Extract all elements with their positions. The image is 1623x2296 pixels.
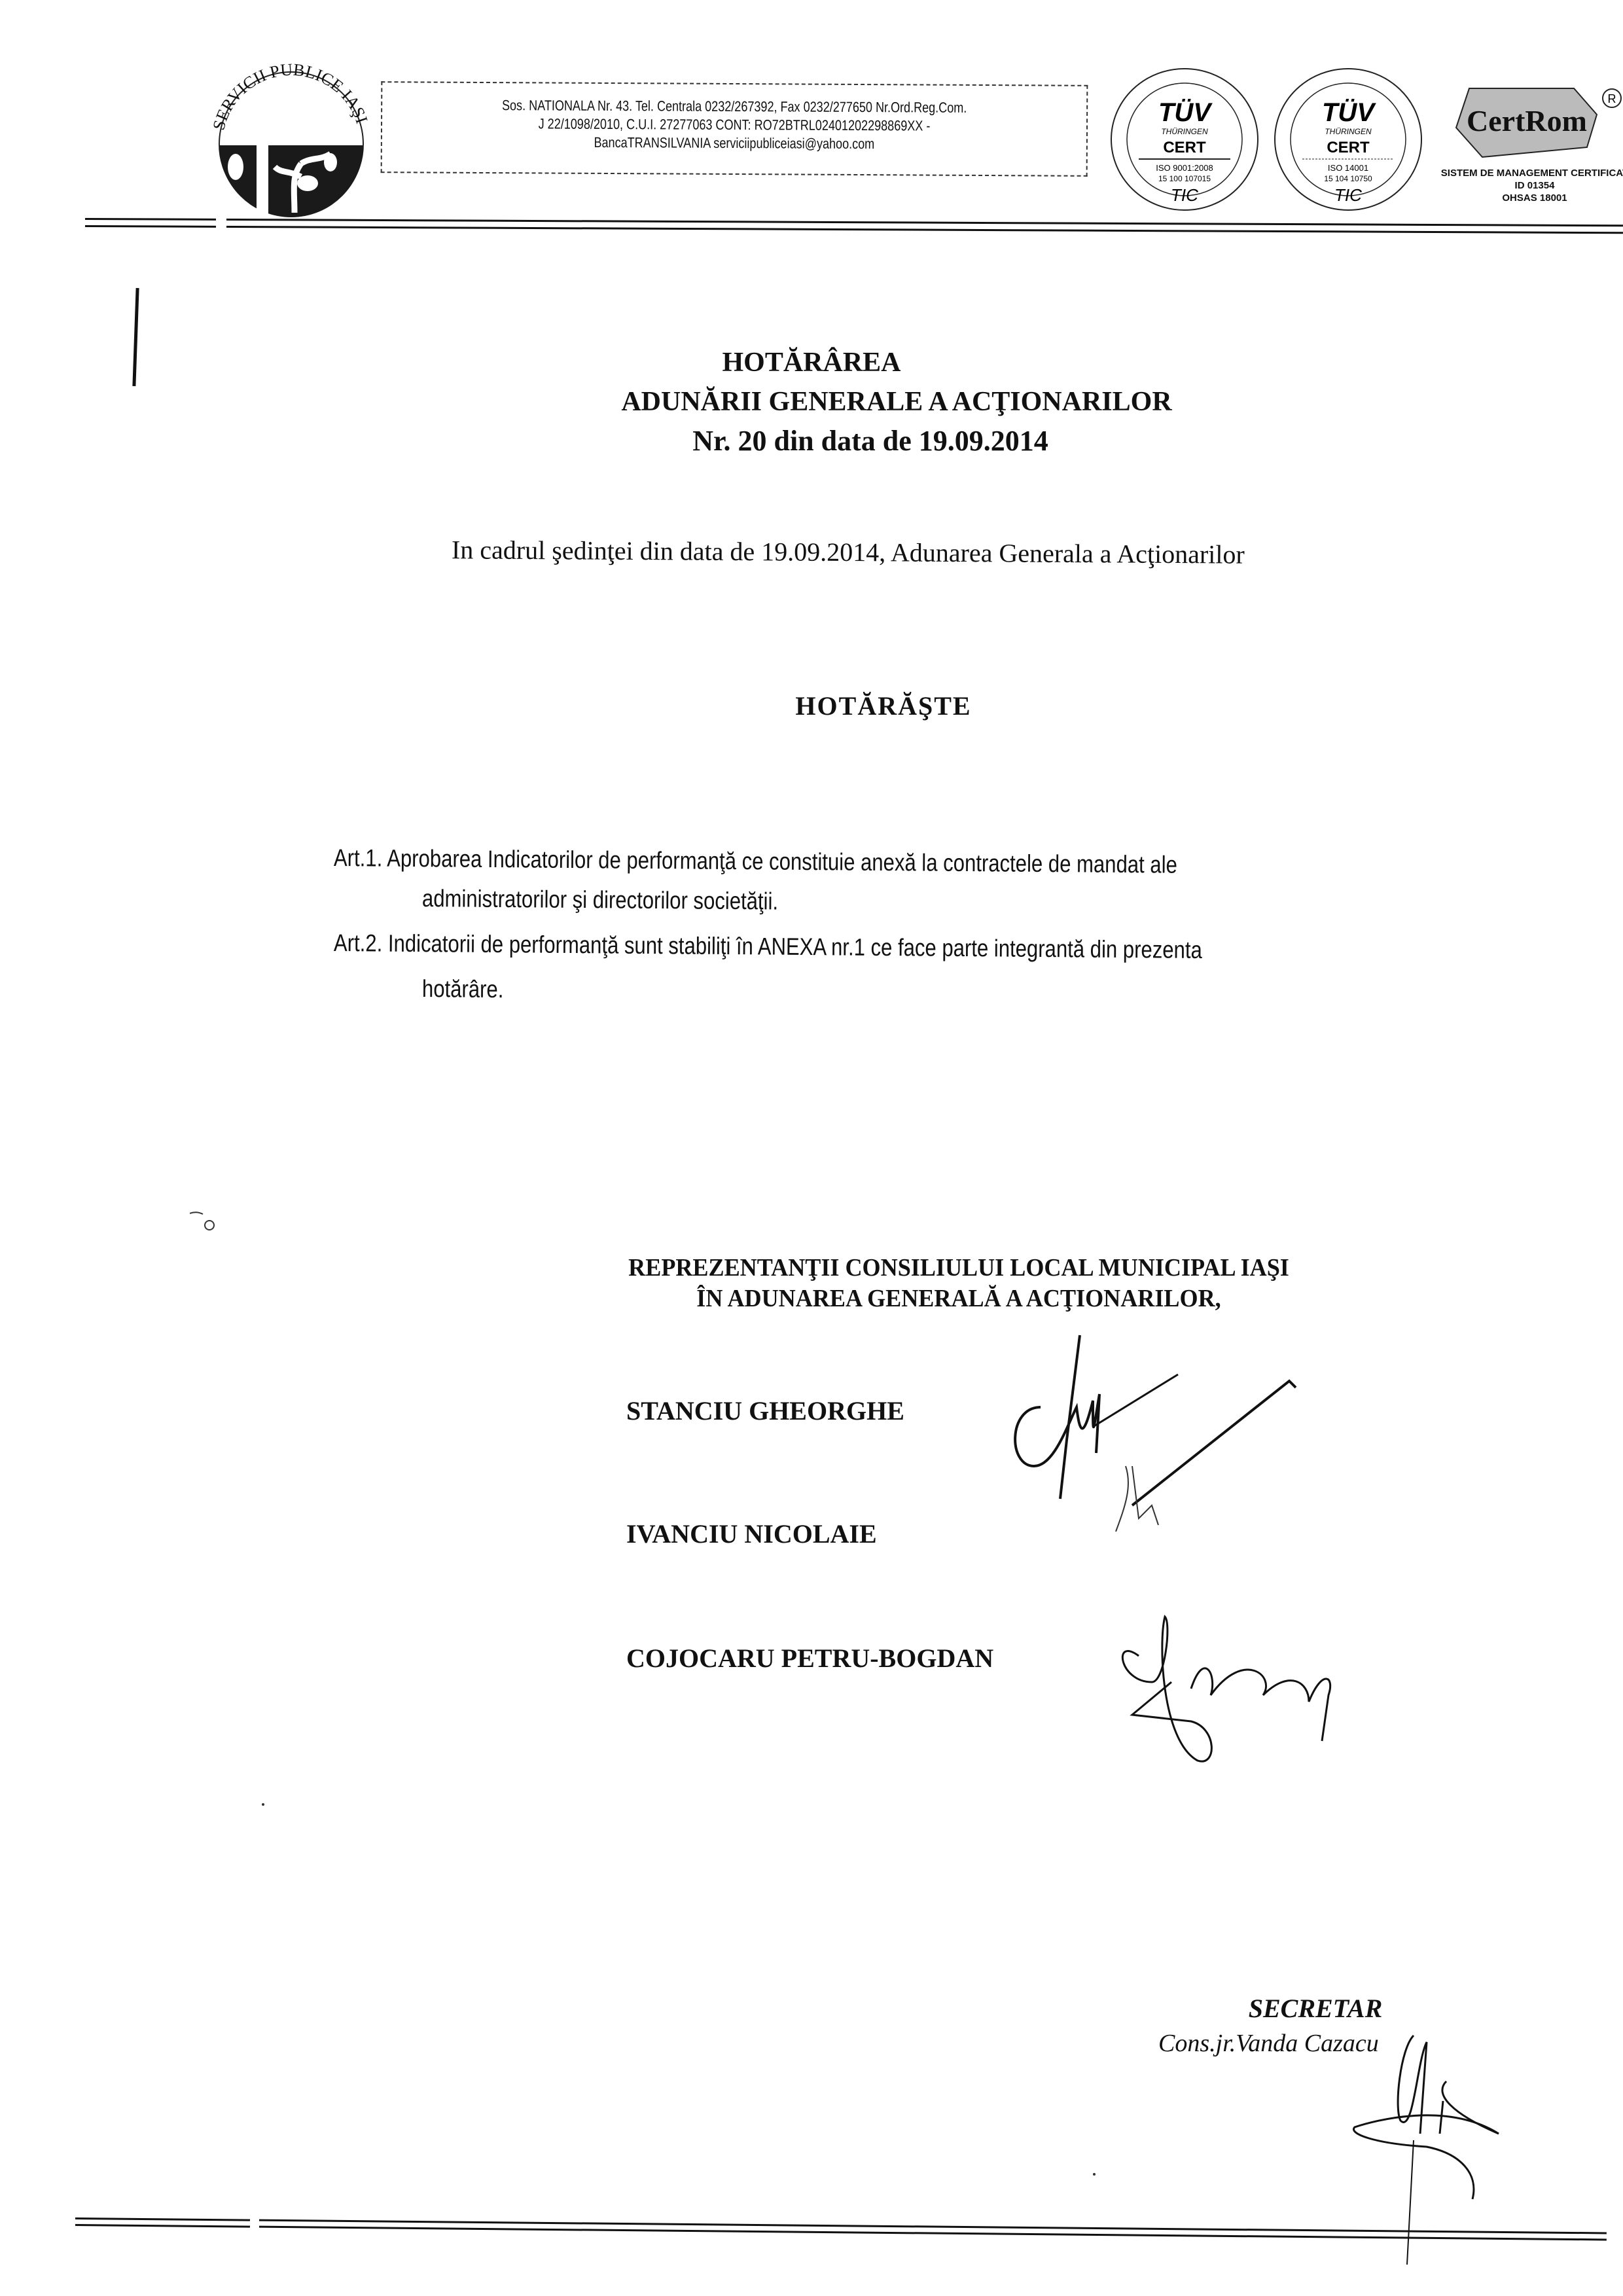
article-label: Art.2. <box>334 929 383 957</box>
signature-icon <box>995 1335 1335 1545</box>
certrom-caption-line: OHSAS 18001 <box>1440 192 1623 204</box>
signatories-heading: REPREZENTANŢII CONSILIULUI LOCAL MUNICIP… <box>539 1253 1379 1282</box>
article-1: Art.1. Aprobarea Indicatorilor de perfor… <box>334 844 1177 879</box>
svg-text:CertRom: CertRom <box>1467 104 1587 137</box>
article-text: Indicatorii de performanţă sunt stabiliţ… <box>388 930 1202 963</box>
document-number: Nr. 20 din data de 19.09.2014 <box>59 424 1623 457</box>
svg-text:THÜRINGEN: THÜRINGEN <box>1325 127 1372 136</box>
svg-text:ISO 14001: ISO 14001 <box>1328 163 1368 173</box>
address-line: BancaTRANSILVANIA serviciipubliceiasi@ya… <box>446 133 1023 154</box>
tuv-seal-icon: TÜV THÜRINGEN CERT ISO 9001:2008 15 100 … <box>1106 62 1263 219</box>
svg-text:TIC: TIC <box>1171 185 1198 205</box>
article-label: Art.1. <box>334 844 383 872</box>
certrom-caption-line: ID 01354 <box>1440 179 1623 192</box>
scan-speck <box>262 1803 264 1806</box>
certrom-seal-icon: CertRom R <box>1443 75 1623 167</box>
secretary-title: SECRETAR <box>1217 1993 1414 2024</box>
signature-icon <box>1113 1610 1348 1767</box>
svg-text:THÜRINGEN: THÜRINGEN <box>1161 127 1208 136</box>
divider-gap <box>250 2212 259 2232</box>
logo-ring-text: SERVICII PUBLICE IAŞI <box>209 60 371 132</box>
certrom-caption: SISTEM DE MANAGEMENT CERTIFICAT ID 01354… <box>1440 167 1623 204</box>
document-title: HOTĂRÂREA <box>0 347 1623 378</box>
divider-gap <box>216 209 226 236</box>
scan-smudge-icon <box>190 1211 216 1230</box>
svg-text:R: R <box>1608 92 1616 105</box>
svg-text:ISO 9001:2008: ISO 9001:2008 <box>1156 163 1213 173</box>
svg-text:CERT: CERT <box>1163 139 1206 156</box>
signatory-name: IVANCIU NICOLAIE <box>626 1518 877 1549</box>
svg-text:15 100 107015: 15 100 107015 <box>1158 174 1211 183</box>
tuv-seal-icon: TÜV THÜRINGEN CERT ISO 14001 15 104 1075… <box>1270 62 1427 219</box>
tuv-iso14001-seal: TÜV THÜRINGEN CERT ISO 14001 15 104 1075… <box>1270 62 1427 219</box>
svg-text:TIC: TIC <box>1334 185 1362 205</box>
header-divider <box>85 225 1623 234</box>
company-address-box: Sos. NATIONALA Nr. 43. Tel. Centrala 023… <box>381 81 1088 177</box>
decides-heading: HOTĂRĂŞTE <box>72 691 1623 721</box>
certrom-caption-line: SISTEM DE MANAGEMENT CERTIFICAT <box>1440 167 1623 179</box>
article-1-continued: administratorilor şi directorilor societ… <box>422 885 778 916</box>
article-2: Art.2. Indicatorii de performanţă sunt s… <box>334 929 1202 964</box>
signatory-name: STANCIU GHEORGHE <box>626 1395 904 1426</box>
article-text: Aprobarea Indicatorilor de performanţă c… <box>387 845 1177 878</box>
scan-speck <box>1093 2173 1096 2176</box>
document-subtitle: ADUNĂRII GENERALE A ACŢIONARILOR <box>85 386 1623 418</box>
svg-text:CERT: CERT <box>1327 139 1370 156</box>
intro-paragraph: In cadrul şedinţei din data de 19.09.201… <box>452 534 1245 569</box>
svg-text:15 104 10750: 15 104 10750 <box>1324 174 1372 183</box>
signatories-heading: ÎN ADUNAREA GENERALĂ A ACŢIONARILOR, <box>539 1284 1379 1313</box>
tuv-iso9001-seal: TÜV THÜRINGEN CERT ISO 9001:2008 15 100 … <box>1106 62 1263 219</box>
article-2-continued: hotărâre. <box>422 975 504 1003</box>
servicii-publice-logo-icon: SERVICII PUBLICE IAŞI <box>196 46 386 229</box>
signatory-name: COJOCARU PETRU-BOGDAN <box>626 1643 993 1674</box>
svg-text:TÜV: TÜV <box>1322 98 1376 127</box>
svg-text:TÜV: TÜV <box>1158 98 1213 127</box>
secretary-name: Cons.jr.Vanda Cazacu <box>1158 2029 1379 2058</box>
